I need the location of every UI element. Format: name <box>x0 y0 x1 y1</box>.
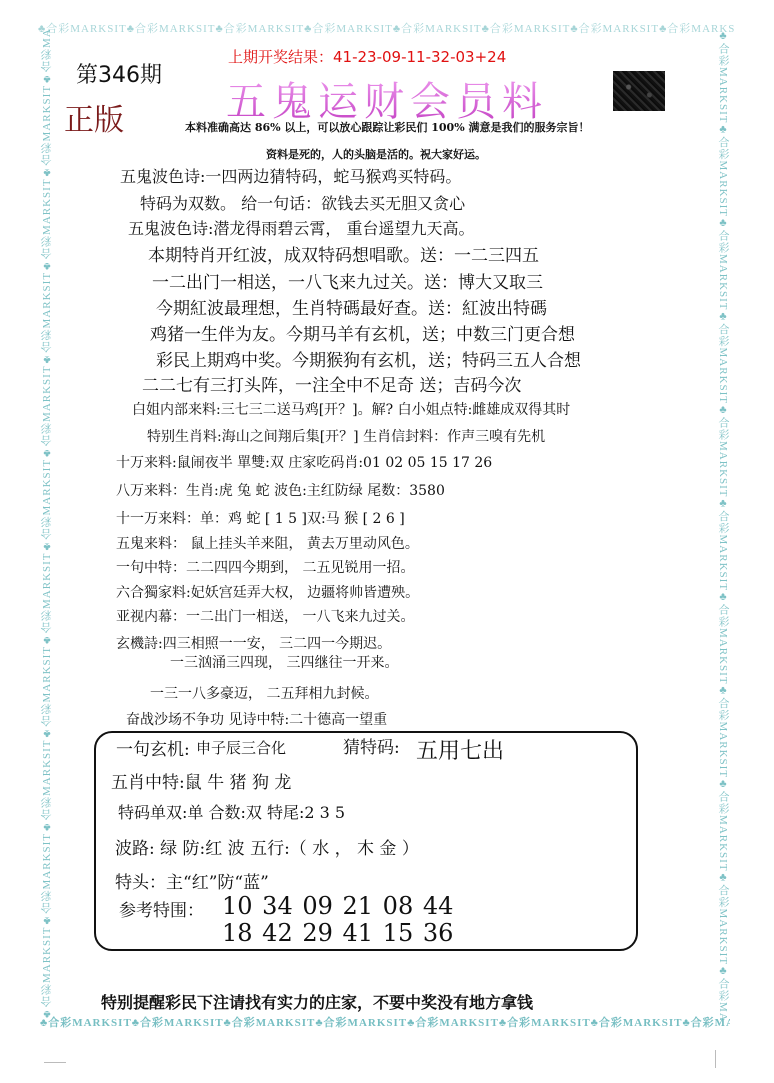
text-line: 白姐内部来料:三七三二送马鸡[开？]。解? 白小姐点特:雌雄成双得其时 <box>132 399 570 419</box>
wave-info: 波路: 绿 防:红 波 五行:（ 水 ， 木 金 ） <box>115 834 419 859</box>
riddle-label: 一句玄机: <box>116 735 190 760</box>
odd-even-info: 特码单双:单 合数:双 特尾:2 3 5 <box>118 800 345 823</box>
text-line: 十一万来料：单：鸡 蛇 [ 1 5 ]双:马 猴 [ 2 6 ] <box>116 508 405 528</box>
text-line: 特别生肖料:海山之间翔后集[开？] 生肖信封料：作声三嗅有先机 <box>147 426 545 446</box>
watermark-strip-left: ♣合彩MARKSIT♣合彩MARKSIT♣合彩MARKSIT♣合彩MARKSIT… <box>40 30 54 1020</box>
slogan-luck: 资料是死的，人的头脑是活的。祝大家好运。 <box>266 146 486 162</box>
text-line: 彩民上期鸡中奖。今期猴狗有玄机，送；特码三五人合想 <box>156 346 581 371</box>
crop-mark <box>44 1062 66 1063</box>
head-info: 特头：主“红”防“蓝” <box>115 868 269 893</box>
guess-label: 猜特码: <box>343 733 400 758</box>
text-line: 五鬼波色诗:一四两边猜特码，蛇马猴鸡买特码。 <box>120 164 461 187</box>
text-line: 八万来料：生肖:虎 兔 蛇 波色:主红防绿 尾数：3580 <box>116 480 445 500</box>
guess-value: 五用七出 <box>416 734 504 765</box>
text-line: 六合獨家料:妃妖宫廷弄大权， 边疆将帅皆遭殃。 <box>116 582 419 602</box>
slogan-accuracy: 本料准确高达 86% 以上，可以放心跟踪让彩民们 100% 满意是我们的服务宗旨… <box>185 119 590 135</box>
last-draw-result: 上期开奖结果：41-23-09-11-32-03+24 <box>228 46 506 67</box>
edition-label: 正版 <box>64 95 124 139</box>
watermark-strip-right: ♣合彩MARKSIT♣合彩MARKSIT♣合彩MARKSIT♣合彩MARKSIT… <box>716 30 730 1020</box>
text-line: 鸡猪一生伴为友。今期马羊有玄机，送；中数三门更合想 <box>150 320 575 345</box>
reference-numbers-row1: 10 34 09 21 08 44 <box>222 892 453 920</box>
text-line: 十万来料:鼠闹夜半 單雙:双 庄家吃码肖:01 02 05 15 17 26 <box>116 452 492 472</box>
text-line: 五鬼来料： 鼠上挂头羊来阻， 黄去万里动风色。 <box>116 533 419 553</box>
text-line: 一三一八多豪迈， 二五拜相九封候。 <box>150 683 378 703</box>
riddle-value: 申子辰三合化 <box>196 737 286 758</box>
text-line: 五鬼波色诗:潜龙得雨碧云霄， 重台遥望九天高。 <box>128 216 474 239</box>
footer-warning: 特别提醒彩民下注请找有实力的庄家，不要中奖没有地方拿钱 <box>101 990 533 1013</box>
crop-mark <box>715 1050 716 1068</box>
qr-code-icon <box>613 71 665 111</box>
reference-label: 参考特围： <box>119 896 204 921</box>
text-line: 玄機詩:四三相照一一安， 三二四一今期迟。 <box>116 633 391 653</box>
issue-number: 第346期 <box>76 58 162 89</box>
text-line: 一二出门一相送，一八飞来九过关。送：博大又取三 <box>152 268 543 293</box>
reference-numbers-row2: 18 42 29 41 15 36 <box>222 919 453 947</box>
text-line: 二二七有三打头阵，一注全中不足奇 送；吉码今次 <box>142 371 521 396</box>
watermark-strip-bottom: ♣合彩MARKSIT♣合彩MARKSIT♣合彩MARKSIT♣合彩MARKSIT… <box>40 1016 730 1030</box>
text-line: 今期紅波最理想，生肖特碼最好查。送：紅波出特碼 <box>156 294 547 319</box>
watermark-strip-top: ♣合彩MARKSIT♣合彩MARKSIT♣合彩MARKSIT♣合彩MARKSIT… <box>38 22 734 36</box>
text-line: 一三汹涌三四现， 三四继往一开来。 <box>170 652 398 672</box>
text-line: 亚视内幕：一二出门一相送， 一八飞来九过关。 <box>116 606 414 626</box>
text-line: 特码为双数。 给一句话：欲钱去买无胆又贪心 <box>140 191 465 214</box>
text-line: 一句中特：二二四四今期到， 二五见锐用一招。 <box>116 557 414 577</box>
text-line: 本期特肖开红波，成双特码想唱歌。送：一二三四五 <box>148 241 539 266</box>
text-line: 奋战沙场不争功 见诗中特:二十德高一望重 <box>126 709 387 729</box>
five-zodiac: 五肖中特:鼠 牛 猪 狗 龙 <box>111 768 291 793</box>
